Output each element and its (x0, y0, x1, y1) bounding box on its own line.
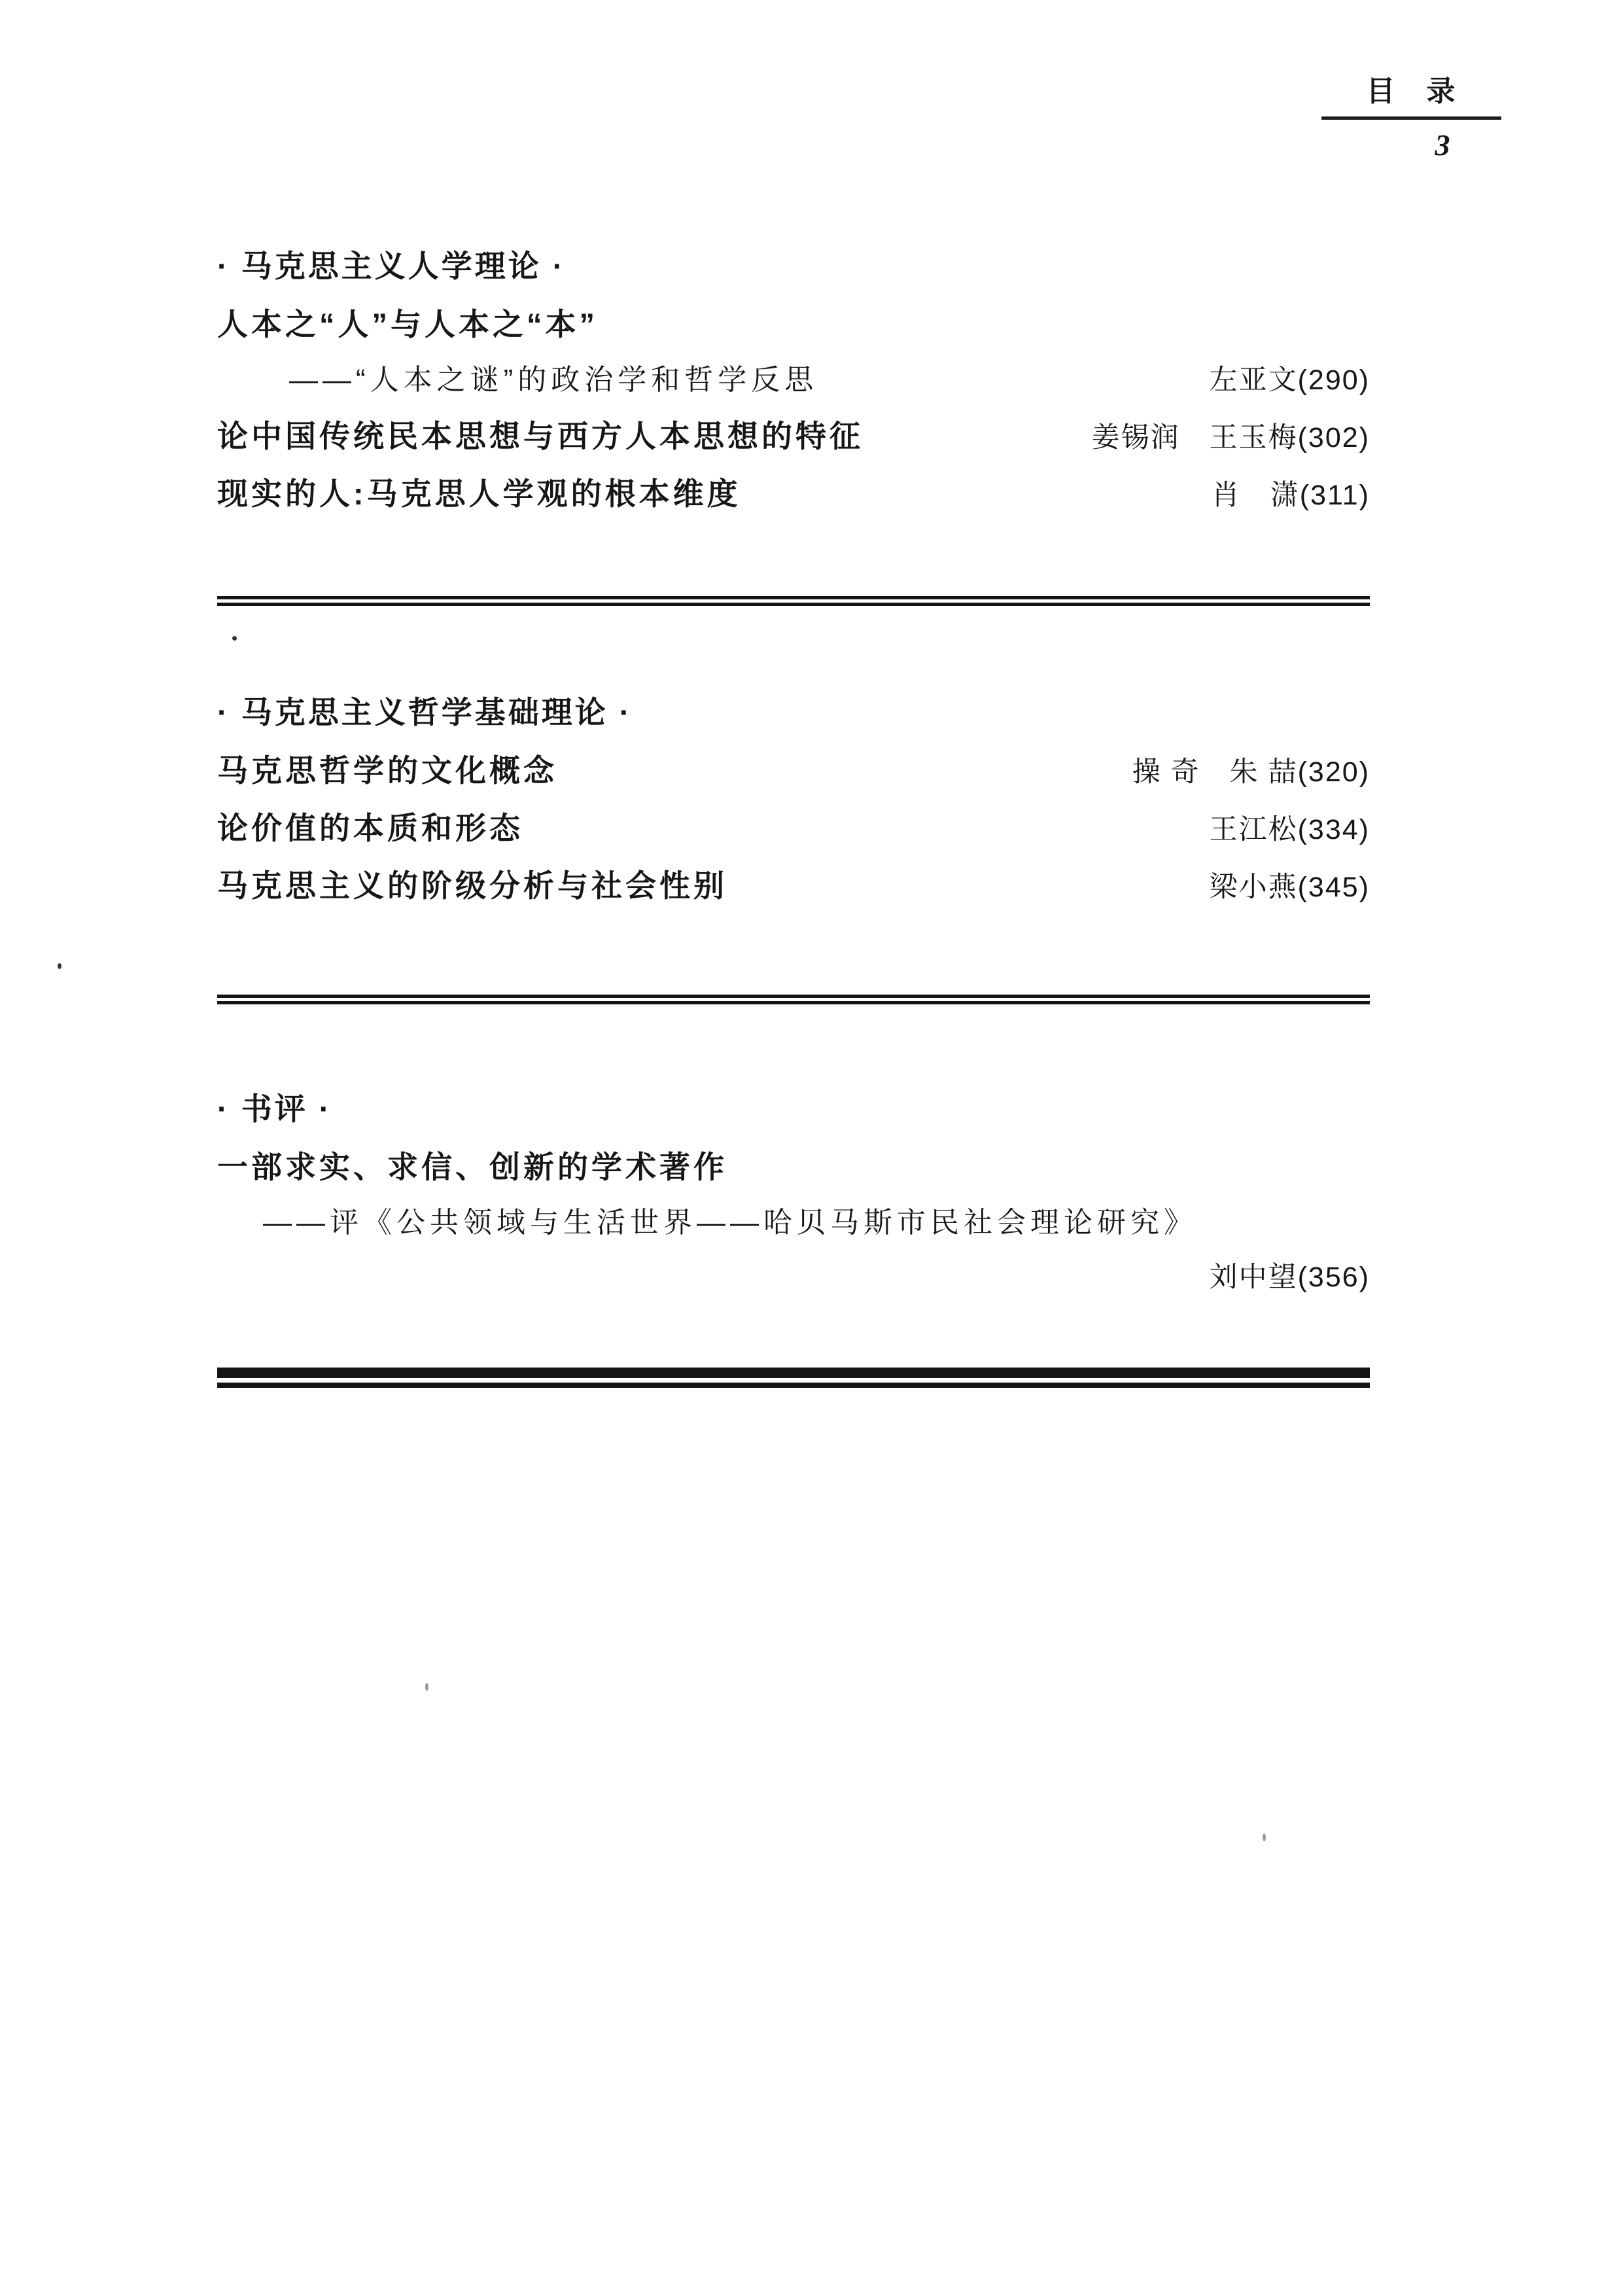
toc-entry-subtitle-row: ——评《公共领域与生活世界——哈贝马斯市民社会理论研究》 (217, 1209, 1370, 1237)
toc-entry-row: 论中国传统民本思想与西方人本思想的特征 姜锡润 王玉梅(302) (217, 421, 1370, 452)
scan-artifact-dot (58, 963, 61, 969)
running-head-rule (1321, 116, 1501, 120)
toc-entry-row: 现实的人:马克思人学观的根本维度 肖 潇(311) (217, 478, 1370, 510)
toc-entry-subtitle-row: ——“人本之谜”的政治学和哲学反思 左亚文(290) (217, 366, 1370, 395)
toc-entry-row: 马克思哲学的文化概念 操 奇 朱 喆(320) (217, 755, 1370, 786)
entry-author-page: 左亚文(290) (1210, 366, 1370, 395)
entry-title: 人本之“人”与人本之“本” (217, 309, 598, 340)
bottom-divider-rule (217, 1368, 1370, 1388)
entry-subtitle: ——“人本之谜”的政治学和哲学反思 (217, 366, 818, 395)
entry-subtitle: ——评《公共领域与生活世界——哈贝马斯市民社会理论研究》 (217, 1209, 1197, 1237)
scan-artifact-dot (232, 636, 237, 641)
entry-title: 论价值的本质和形态 (217, 813, 523, 843)
scan-artifact-dot (1263, 1833, 1266, 1841)
entry-author-page: 王江松(334) (1210, 816, 1370, 844)
scan-artifact-dot (425, 1683, 428, 1691)
toc-entry-row: 论价值的本质和形态 王江松(334) (217, 813, 1370, 844)
entry-author-page: 肖 潇(311) (1212, 482, 1370, 510)
entry-author-page: 梁小燕(345) (1210, 874, 1370, 902)
section-header: · 马克思主义人学理论 · (217, 251, 1370, 281)
entry-title: 论中国传统民本思想与西方人本思想的特征 (217, 421, 864, 451)
toc-entry-title-row: 一部求实、求信、创新的学术著作 (217, 1152, 1370, 1182)
page-number: 3 (1321, 130, 1501, 160)
section-header: · 马克思主义哲学基础理论 · (217, 697, 1370, 728)
entry-title: 马克思哲学的文化概念 (217, 755, 557, 786)
toc-content: · 马克思主义人学理论 · 人本之“人”与人本之“本” ——“人本之谜”的政治学… (217, 251, 1370, 1388)
section-divider-rule (217, 995, 1370, 1004)
entry-author-page: 操 奇 朱 喆(320) (1132, 758, 1370, 786)
section-divider-rule (217, 596, 1370, 606)
section-header: · 书评 · (217, 1093, 1370, 1124)
entry-title: 现实的人:马克思人学观的根本维度 (217, 478, 741, 509)
entry-title: 一部求实、求信、创新的学术著作 (217, 1152, 727, 1182)
entry-author-page: 姜锡润 王玉梅(302) (1092, 424, 1370, 452)
toc-entry-title-row: 人本之“人”与人本之“本” (217, 309, 1370, 340)
entry-author-page: 刘中望(356) (217, 1263, 1370, 1292)
scanned-toc-page: 目 录 3 · 马克思主义人学理论 · 人本之“人”与人本之“本” ——“人本之… (0, 0, 1623, 2296)
toc-entry-row: 马克思主义的阶级分析与社会性别 梁小燕(345) (217, 870, 1370, 902)
running-head: 目 录 3 (1321, 77, 1501, 160)
toc-title: 目 录 (1321, 77, 1501, 106)
entry-title: 马克思主义的阶级分析与社会性别 (217, 870, 727, 901)
